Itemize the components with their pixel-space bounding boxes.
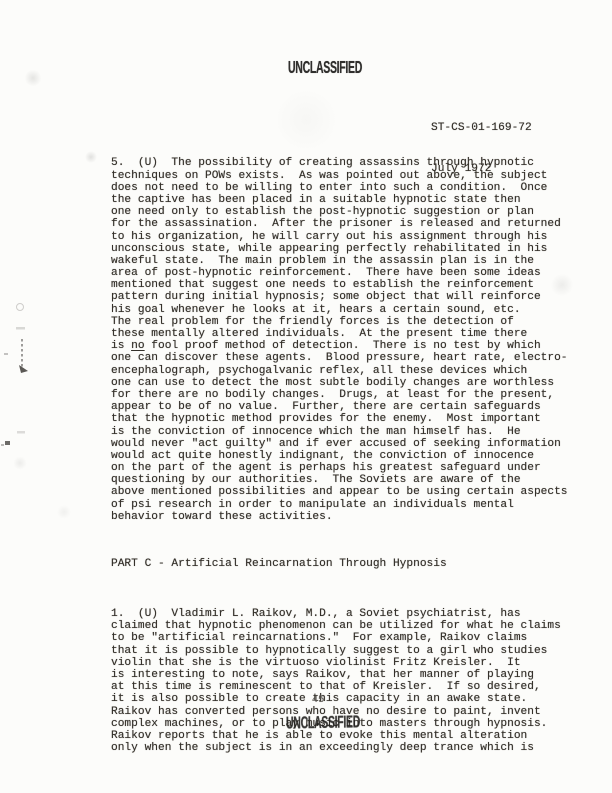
- page-number: 45: [312, 694, 325, 706]
- margin-pencil-mark: [0, 295, 46, 465]
- unclassified-stamp-top: UNCLASSIFIED: [288, 57, 362, 78]
- unclassified-stamp-bottom: UNCLASSIFIED: [286, 711, 360, 733]
- part-c-heading: PART C - Artificial Reincarnation Throug…: [111, 558, 568, 570]
- paragraph-5: 5. (U) The possibility of creating assas…: [111, 157, 568, 523]
- document-body: 5. (U) The possibility of creating assas…: [111, 133, 568, 779]
- scanned-document-page: UNCLASSIFIED ST-CS-01-169-72 July 1972 5…: [0, 0, 612, 793]
